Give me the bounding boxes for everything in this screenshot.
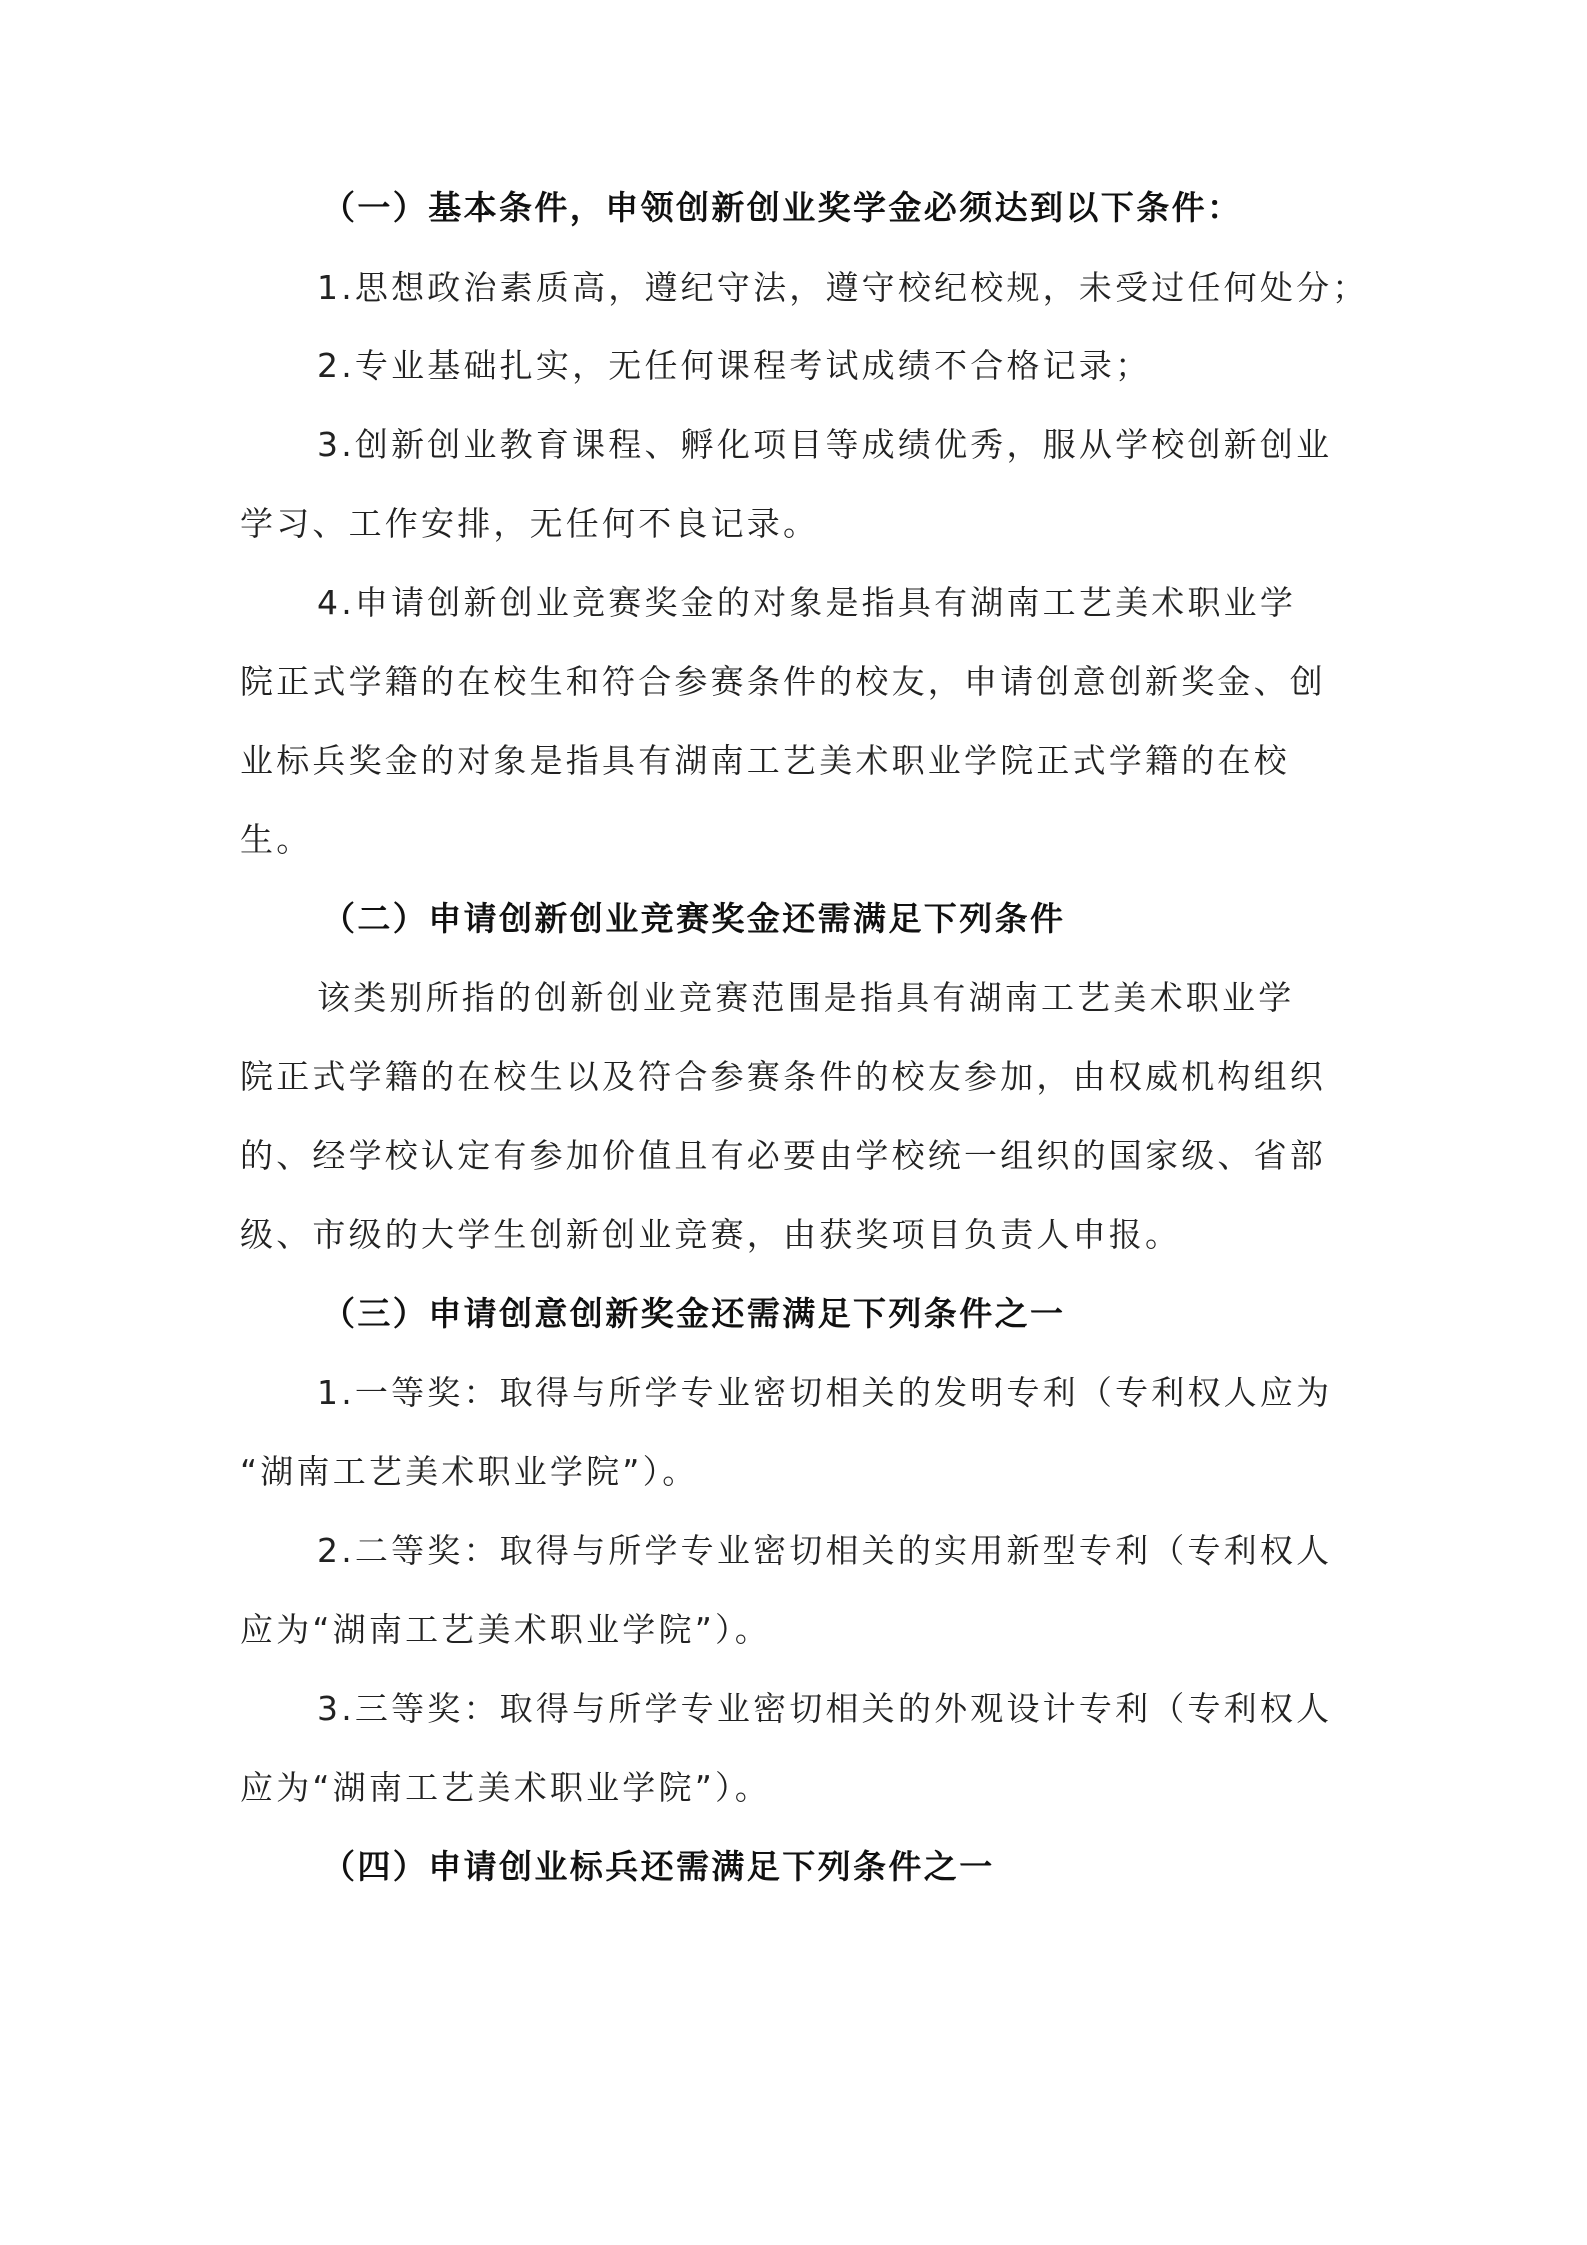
section-3-item-3-line-2: 应为“湖南工艺美术职业学院”）。 xyxy=(240,1768,771,1808)
section-3-item-1-line-2: “湖南工艺美术职业学院”）。 xyxy=(240,1452,699,1492)
section-1-item-3-line-1: 3.创新创业教育课程、孵化项目等成绩优秀，服从学校创新创业 xyxy=(317,425,1332,465)
section-3-item-3-line-1: 3.三等奖：取得与所学专业密切相关的外观设计专利（专利权人 xyxy=(317,1689,1332,1729)
section-1-item-4-line-1: 4.申请创新创业竞赛奖金的对象是指具有湖南工艺美术职业学 xyxy=(317,583,1296,623)
section-2-heading: （二）申请创新创业竞赛奖金还需满足下列条件 xyxy=(322,899,1065,939)
section-3-item-1-line-1: 1.一等奖：取得与所学专业密切相关的发明专利（专利权人应为 xyxy=(317,1373,1332,1413)
section-1-item-3-line-2: 学习、工作安排，无任何不良记录。 xyxy=(240,504,819,544)
section-3-item-2-line-1: 2.二等奖：取得与所学专业密切相关的实用新型专利（专利权人 xyxy=(317,1531,1332,1571)
section-1-item-1-line-1: 1.思想政治素质高，遵纪守法，遵守校纪校规，未受过任何处分； xyxy=(317,268,1369,308)
section-1-item-4-line-3: 业标兵奖金的对象是指具有湖南工艺美术职业学院正式学籍的在校 xyxy=(240,741,1290,781)
section-1-item-2-line-1: 2.专业基础扎实，无任何课程考试成绩不合格记录； xyxy=(317,346,1151,386)
section-2-para-line-2: 院正式学籍的在校生以及符合参赛条件的校友参加，由权威机构组织 xyxy=(240,1057,1326,1097)
section-2-para-line-4: 级、市级的大学生创新创业竞赛，由获奖项目负责人申报。 xyxy=(240,1215,1181,1255)
section-1-item-4-line-4: 生。 xyxy=(240,820,312,860)
section-1-item-4-line-2: 院正式学籍的在校生和符合参赛条件的校友，申请创意创新奖金、创 xyxy=(240,662,1326,702)
section-2-para-line-3: 的、经学校认定有参加价值且有必要由学校统一组织的国家级、省部 xyxy=(240,1136,1326,1176)
document-page: （一）基本条件，申领创新创业奖学金必须达到以下条件： 1.思想政治素质高，遵纪守… xyxy=(0,0,1587,2245)
section-4-heading: （四）申请创业标兵还需满足下列条件之一 xyxy=(322,1847,995,1887)
section-1-heading: （一）基本条件，申领创新创业奖学金必须达到以下条件： xyxy=(322,188,1242,228)
section-3-item-2-line-2: 应为“湖南工艺美术职业学院”）。 xyxy=(240,1610,771,1650)
section-3-heading: （三）申请创意创新奖金还需满足下列条件之一 xyxy=(322,1294,1065,1334)
section-2-para-line-1: 该类别所指的创新创业竞赛范围是指具有湖南工艺美术职业学 xyxy=(317,978,1294,1018)
